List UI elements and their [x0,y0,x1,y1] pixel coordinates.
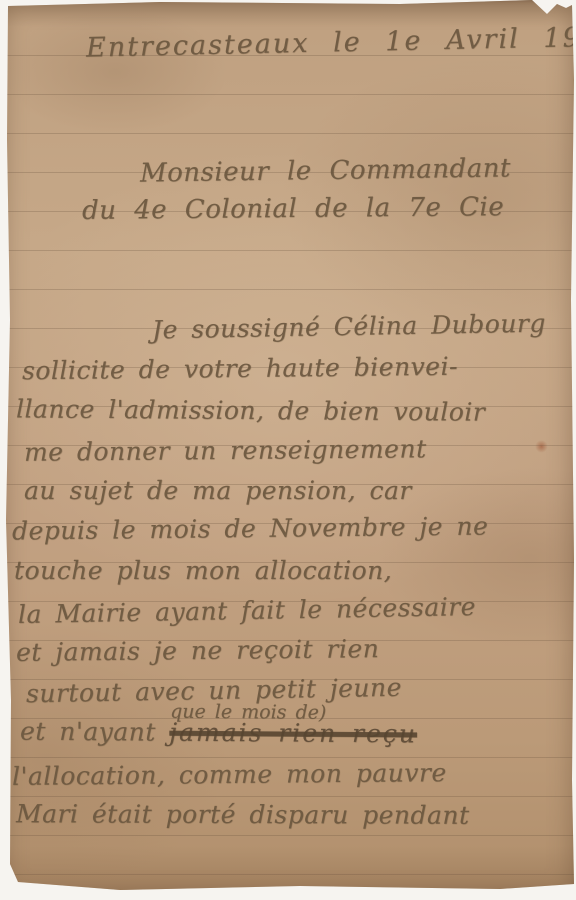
handwritten-line: Mari était porté disparu pendant [16,799,470,830]
letter-paper: Entrecasteaux le 1e Avril 1990 Monsieur … [0,0,576,900]
handwritten-line: l'allocation, comme mon pauvre [12,758,447,791]
interline-insertion: que le mois de) [170,701,326,724]
line-text: et n'ayant [20,717,169,747]
salutation-line-1: Monsieur le Commandant [140,153,511,188]
handwritten-line: depuis le mois de Novembre je ne [12,512,489,546]
scanned-letter-page: Entrecasteaux le 1e Avril 1990 Monsieur … [0,0,576,900]
handwritten-line: et n'ayant jamais rien reçuque le mois d… [20,717,417,749]
handwritten-line: et jamais je ne reçoit rien [16,634,380,667]
handwritten-line: llance l'admission, de bien vouloir [16,394,485,426]
salutation-line-2: du 4e Colonial de la 7e Cie [82,192,504,226]
handwritten-line: touche plus mon allocation, [14,556,392,585]
handwritten-line: me donner un renseignement [24,434,427,467]
dateline: Entrecasteaux le 1e Avril 1990 [86,21,576,63]
handwritten-line: au sujet de ma pension, car [24,476,412,505]
handwritten-line: la Mairie ayant fait le nécessaire [18,592,476,629]
handwritten-line: sollicite de votre haute bienvei- [22,352,458,386]
handwritten-line: Je soussigné Célina Dubourg [152,309,546,345]
